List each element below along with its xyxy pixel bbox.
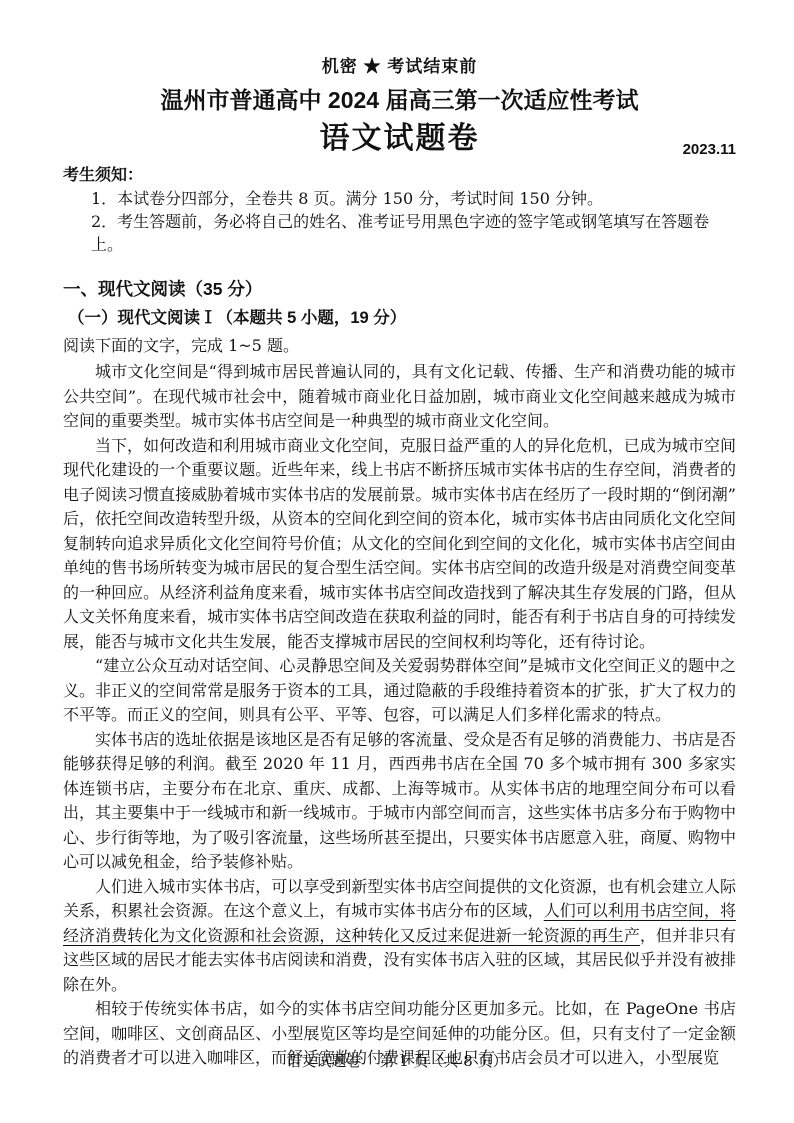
reading-passage: 城市文化空间是“得到城市居民普遍认同的，具有文化记载、传播、生产和消费功能的城市… xyxy=(63,360,736,1071)
notice-item-2: 2．考生答题前，务必将自己的姓名、准考证号用黑色字迹的签字笔或钢笔填写在答题卷上… xyxy=(63,210,736,256)
exam-date: 2023.11 xyxy=(683,141,736,158)
page-footer: 语文试题卷第 1 页（共 8 页） xyxy=(0,1050,794,1071)
notice-item-1: 1．本试卷分四部分，全卷共 8 页。满分 150 分，考试时间 150 分钟。 xyxy=(63,187,736,210)
passage-paragraph-5: 人们进入城市实体书店，可以享受到新型实体书店空间提供的文化资源，也有机会建立人际… xyxy=(63,875,736,998)
passage-paragraph-2: 当下，如何改造和利用城市商业文化空间，克服日益严重的人的异化危机，已成为城市空间… xyxy=(63,434,736,655)
exam-paper-page: 机密 ★ 考试结束前 温州市普通高中 2024 届高三第一次适应性考试 语文试题… xyxy=(0,0,794,1123)
passage-paragraph-1: 城市文化空间是“得到城市居民普遍认同的，具有文化记载、传播、生产和消费功能的城市… xyxy=(63,360,736,434)
notice-heading: 考生须知： xyxy=(63,165,736,187)
footer-paper-name: 语文试题卷 xyxy=(286,1052,361,1070)
exam-title: 温州市普通高中 2024 届高三第一次适应性考试 xyxy=(63,85,736,115)
reading-instruction: 阅读下面的文字，完成 1~5 题。 xyxy=(63,335,736,357)
passage-paragraph-3: “建立公众互动对话空间、心灵静思空间及关爱弱势群体空间”是城市文化空间正义的题中… xyxy=(63,654,736,728)
passage-paragraph-4: 实体书店的选址依据是该地区是否有足够的客流量、受众是否有足够的消费能力、书店是否… xyxy=(63,728,736,875)
part-heading-modern-reading: 一、现代文阅读（35 分） xyxy=(63,277,736,301)
paper-title-row: 语文试题卷 2023.11 xyxy=(63,117,736,161)
paper-title: 语文试题卷 xyxy=(320,117,480,161)
footer-page-number: 第 1 页（共 8 页） xyxy=(379,1052,507,1070)
subpart-heading-reading-1: （一）现代文阅读Ⅰ（本题共 5 小题，19 分） xyxy=(63,307,736,330)
candidate-notice: 考生须知： 1．本试卷分四部分，全卷共 8 页。满分 150 分，考试时间 15… xyxy=(63,165,736,256)
security-notice: 机密 ★ 考试结束前 xyxy=(63,56,736,78)
